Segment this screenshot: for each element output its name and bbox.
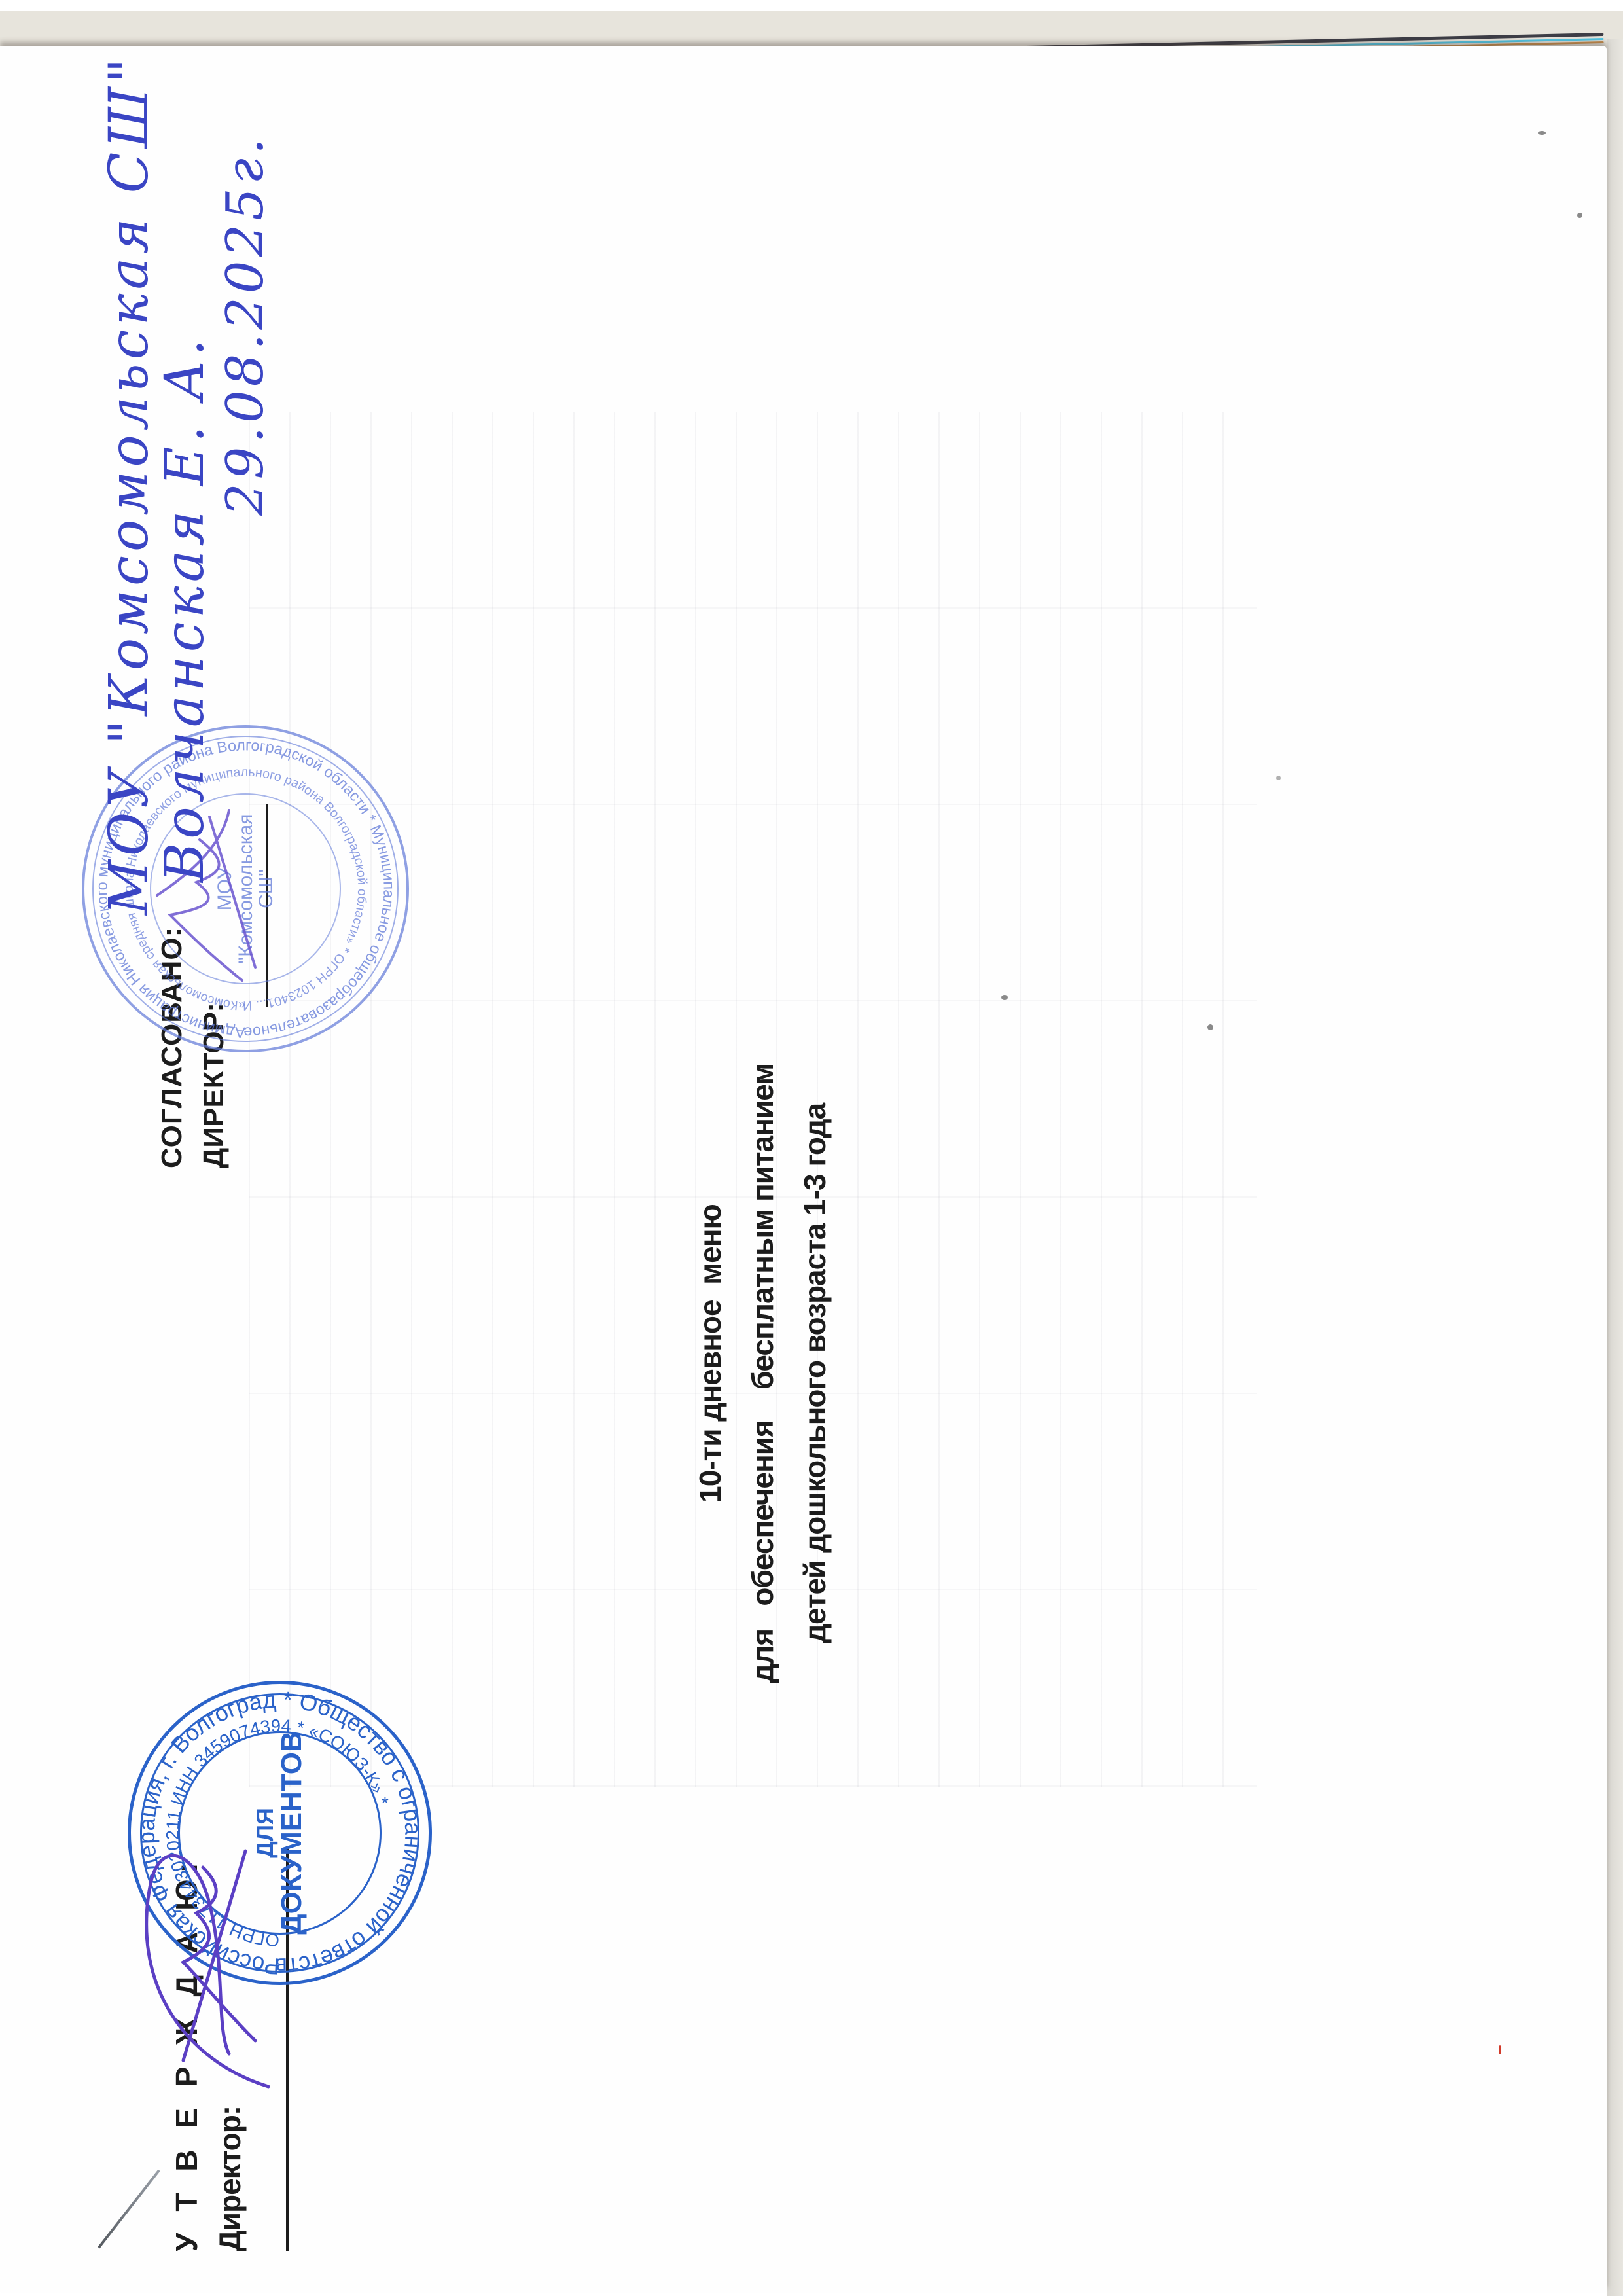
rotated-page-content: У Т В Е Р Ж Д А Ю: Директор: Российская … bbox=[0, 0, 1623, 2296]
approval-role-label: Директор: bbox=[212, 2106, 247, 2251]
handwritten-organization: МОУ "Комсомольская СШ" bbox=[98, 54, 160, 915]
director-signature-approval bbox=[105, 1825, 301, 2100]
title-line-3: детей дошкольного возраста 1-3 года bbox=[789, 450, 841, 2296]
title-line-1: 10-ти дневное меню bbox=[684, 450, 736, 2296]
title-line-2: для обеспечения бесплатным питанием bbox=[736, 450, 789, 2296]
handwritten-date: 29.08.2025г. bbox=[216, 134, 275, 516]
document-title: 10-ти дневное меню для обеспечения беспл… bbox=[684, 450, 841, 2296]
handwritten-director-name: Волчанская Е. А. bbox=[154, 335, 216, 882]
